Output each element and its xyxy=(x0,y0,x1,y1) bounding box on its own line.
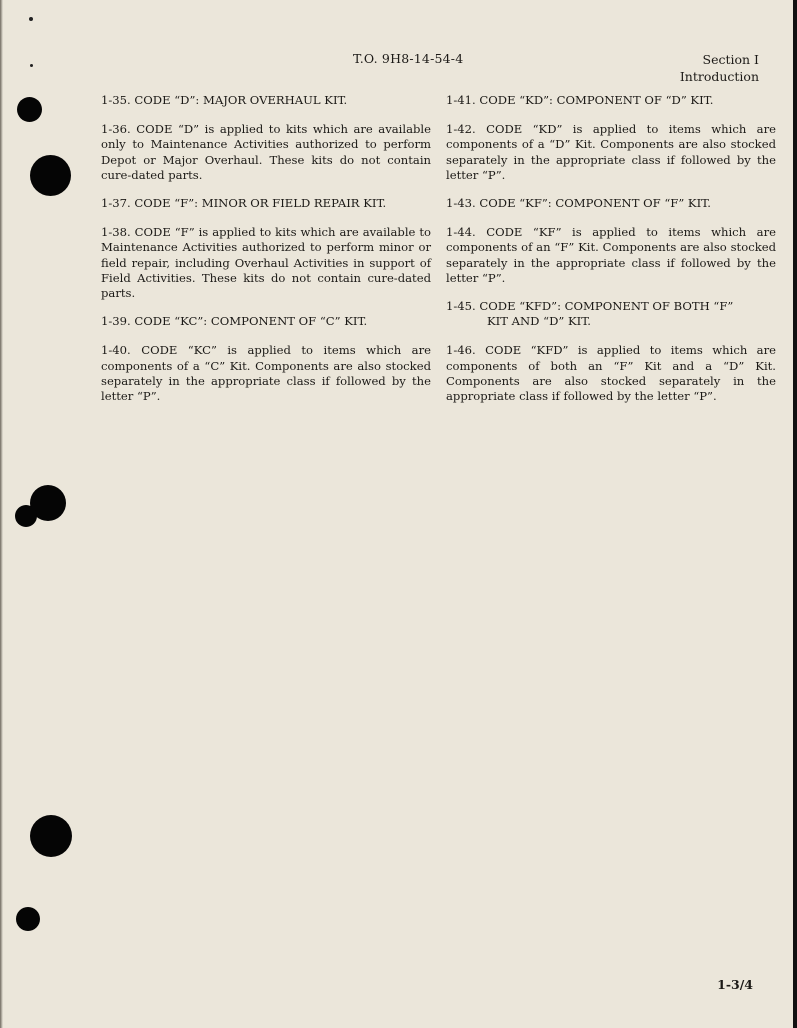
section-label: Section I xyxy=(680,51,759,68)
page-edge-shadow xyxy=(0,0,3,1028)
paragraph-body: 1-46. CODE “KFD” is applied to items whi… xyxy=(446,343,776,404)
paragraph-body: 1-40. CODE “KC” is applied to items whic… xyxy=(101,343,431,404)
paragraph-heading: 1-45. CODE “KFD”: COMPONENT OF BOTH “F” … xyxy=(446,299,776,329)
binder-hole-icon xyxy=(30,155,71,196)
paragraph-heading: 1-39. CODE “KC”: COMPONENT OF “C” KIT. xyxy=(101,314,431,329)
section-title: Introduction xyxy=(680,68,759,85)
heading-line-1: 1-45. CODE “KFD”: COMPONENT OF BOTH “F” xyxy=(446,299,733,313)
paragraph-heading: 1-35. CODE “D”: MAJOR OVERHAUL KIT. xyxy=(101,93,431,108)
right-column: 1-41. CODE “KD”: COMPONENT OF “D” KIT. 1… xyxy=(446,93,776,417)
paragraph-heading: 1-41. CODE “KD”: COMPONENT OF “D” KIT. xyxy=(446,93,776,108)
binder-hole-icon xyxy=(16,907,40,931)
speck xyxy=(29,17,33,21)
paragraph-body: 1-42. CODE “KD” is applied to items whic… xyxy=(446,122,776,183)
paragraph-body: 1-36. CODE “D” is applied to kits which … xyxy=(101,122,431,183)
binder-hole-icon xyxy=(15,505,37,527)
binder-hole-icon xyxy=(30,815,72,857)
left-column: 1-35. CODE “D”: MAJOR OVERHAUL KIT. 1-36… xyxy=(101,93,431,417)
paragraph-heading: 1-37. CODE “F”: MINOR OR FIELD REPAIR KI… xyxy=(101,196,431,211)
document-number: T.O. 9H8-14-54-4 xyxy=(353,51,463,66)
binder-hole-icon xyxy=(17,97,42,122)
paragraph-body: 1-38. CODE “F” is applied to kits which … xyxy=(101,225,431,301)
heading-line-2: KIT AND “D” KIT. xyxy=(446,314,776,329)
page-number: 1-3/4 xyxy=(717,977,753,992)
document-page: T.O. 9H8-14-54-4 Section I Introduction … xyxy=(0,0,793,1028)
scan-edge xyxy=(793,0,797,1028)
section-header: Section I Introduction xyxy=(680,51,759,85)
speck xyxy=(30,64,33,67)
paragraph-heading: 1-43. CODE “KF”: COMPONENT OF “F” KIT. xyxy=(446,196,776,211)
paragraph-body: 1-44. CODE “KF” is applied to items whic… xyxy=(446,225,776,286)
